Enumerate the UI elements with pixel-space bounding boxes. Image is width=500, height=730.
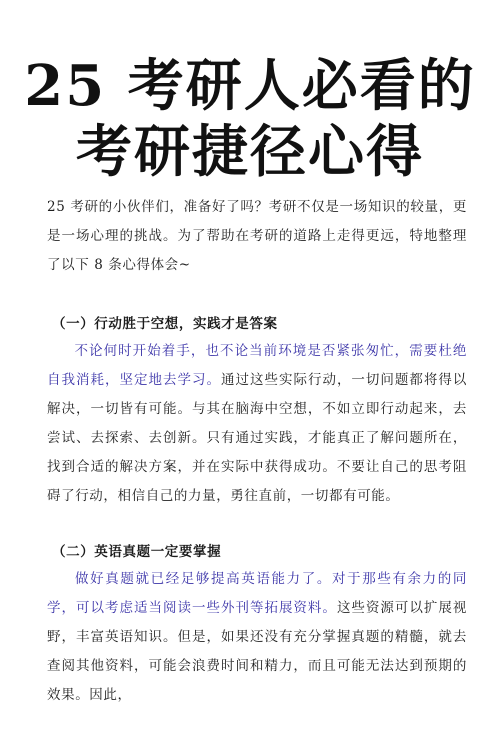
page-title-line-2: 考研捷径心得: [0, 120, 500, 184]
intro-paragraph: 25 考研的小伙伴们，准备好了吗？考研不仅是一场知识的较量，更是一场心理的挑战。…: [47, 193, 467, 280]
section-1-paragraph: 不论何时开始着手，也不论当前环境是否紧张匆忙，需要杜绝自我消耗，坚定地去学习。通…: [47, 337, 467, 511]
section-2-heading: （二）英语真题一定要掌握: [52, 540, 221, 560]
page-title-line-1: 25 考研人必看的: [0, 54, 500, 118]
section-2-paragraph: 做好真题就已经足够提高英语能力了。对于那些有余力的同学，可以考虑适当阅读一些外刊…: [47, 565, 467, 710]
section-1-heading: （一）行动胜于空想，实践才是答案: [52, 312, 278, 332]
section-1-body: 通过这些实际行动，一切问题都将得以解决，一切皆有可能。与其在脑海中空想，不如立即…: [47, 372, 467, 504]
